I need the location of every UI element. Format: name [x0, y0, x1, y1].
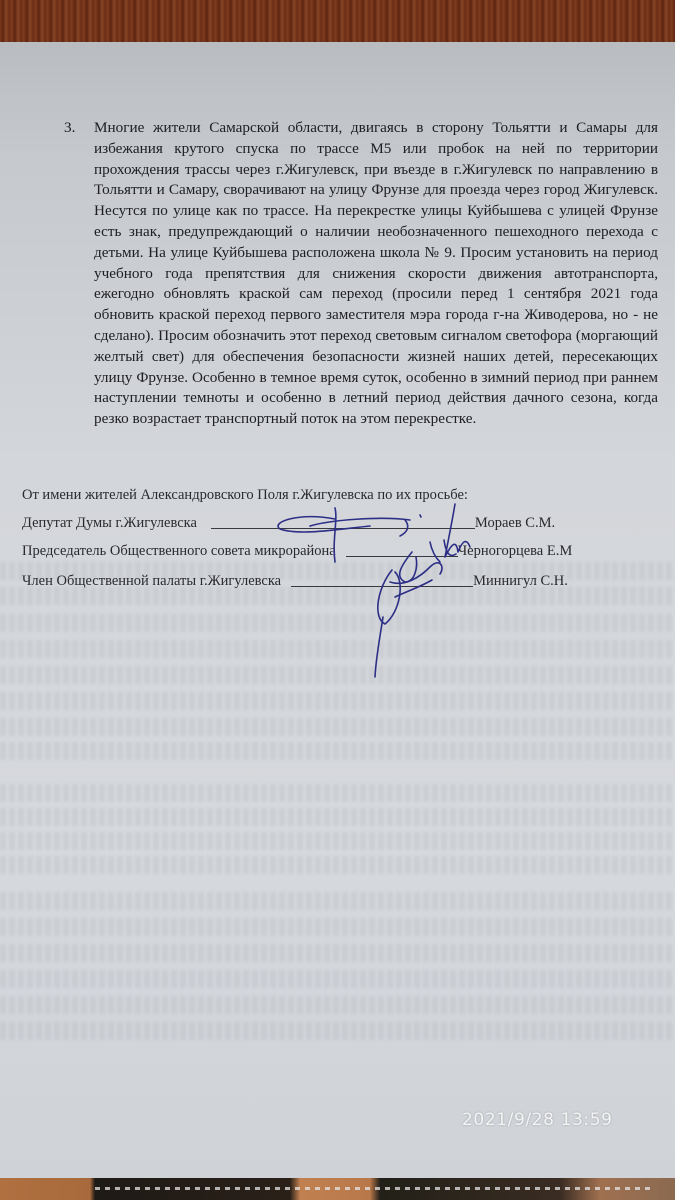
signatory-row: Председатель Общественного совета микрор…	[22, 542, 572, 560]
paper-sheet: 3. Многие жители Самарской области, двиг…	[0, 42, 675, 1180]
signature-line	[346, 542, 458, 557]
ruler-markings	[95, 1187, 655, 1190]
signatory-title: Член Общественной палаты г.Жигулевска	[22, 573, 281, 590]
item-number: 3.	[64, 118, 90, 139]
table-bottom-edge	[0, 1178, 675, 1200]
signatory-row: Депутат Думы г.Жигулевска Мораев С.М.	[22, 514, 555, 532]
item-paragraph: Многие жители Самарской области, двигаяс…	[94, 118, 658, 430]
signatory-title: Депутат Думы г.Жигулевска	[22, 515, 197, 532]
item-paragraph-text: Многие жители Самарской области, двигаяс…	[94, 118, 658, 430]
signatory-name: Мораев С.М.	[475, 515, 555, 532]
signature-line	[211, 514, 475, 529]
closing-statement: От имени жителей Александровского Поля г…	[22, 487, 468, 504]
signatory-name: Миннигул С.Н.	[473, 573, 568, 590]
signatory-title: Председатель Общественного совета микрор…	[22, 543, 336, 560]
photo-timestamp: 2021/9/28 13:59	[462, 1110, 613, 1130]
wooden-table-top-edge	[0, 0, 675, 44]
document-body: 3. Многие жители Самарской области, двиг…	[0, 42, 675, 1180]
signatory-name: Черногорцева Е.М	[458, 543, 573, 560]
signature-line	[291, 572, 473, 587]
signatory-row: Член Общественной палаты г.Жигулевска Ми…	[22, 572, 568, 590]
